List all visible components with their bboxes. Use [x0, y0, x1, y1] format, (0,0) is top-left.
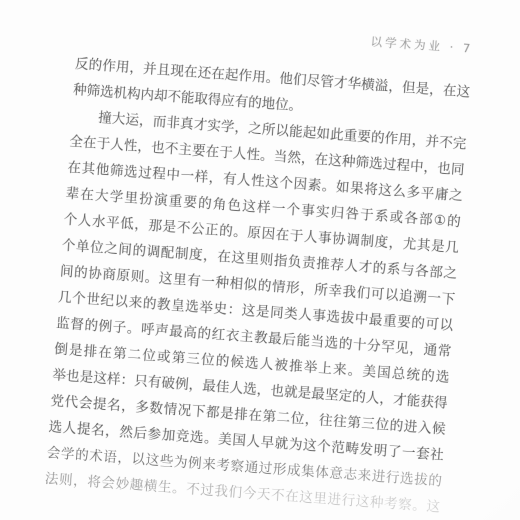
book-page: 以学术为业 · 7 反的作用，并且现在还在起作用。他们尽管才华横溢，但是，在这种…: [44, 51, 471, 520]
text-block: 反的作用，并且现在还在起作用。他们尽管才华横溢，但是，在这种筛选机构内却不能取得…: [44, 51, 471, 520]
scanned-book-page-photo: 以学术为业 · 7 反的作用，并且现在还在起作用。他们尽管才华横溢，但是，在这种…: [0, 0, 520, 520]
running-head: 以学术为业 · 7: [370, 34, 474, 55]
